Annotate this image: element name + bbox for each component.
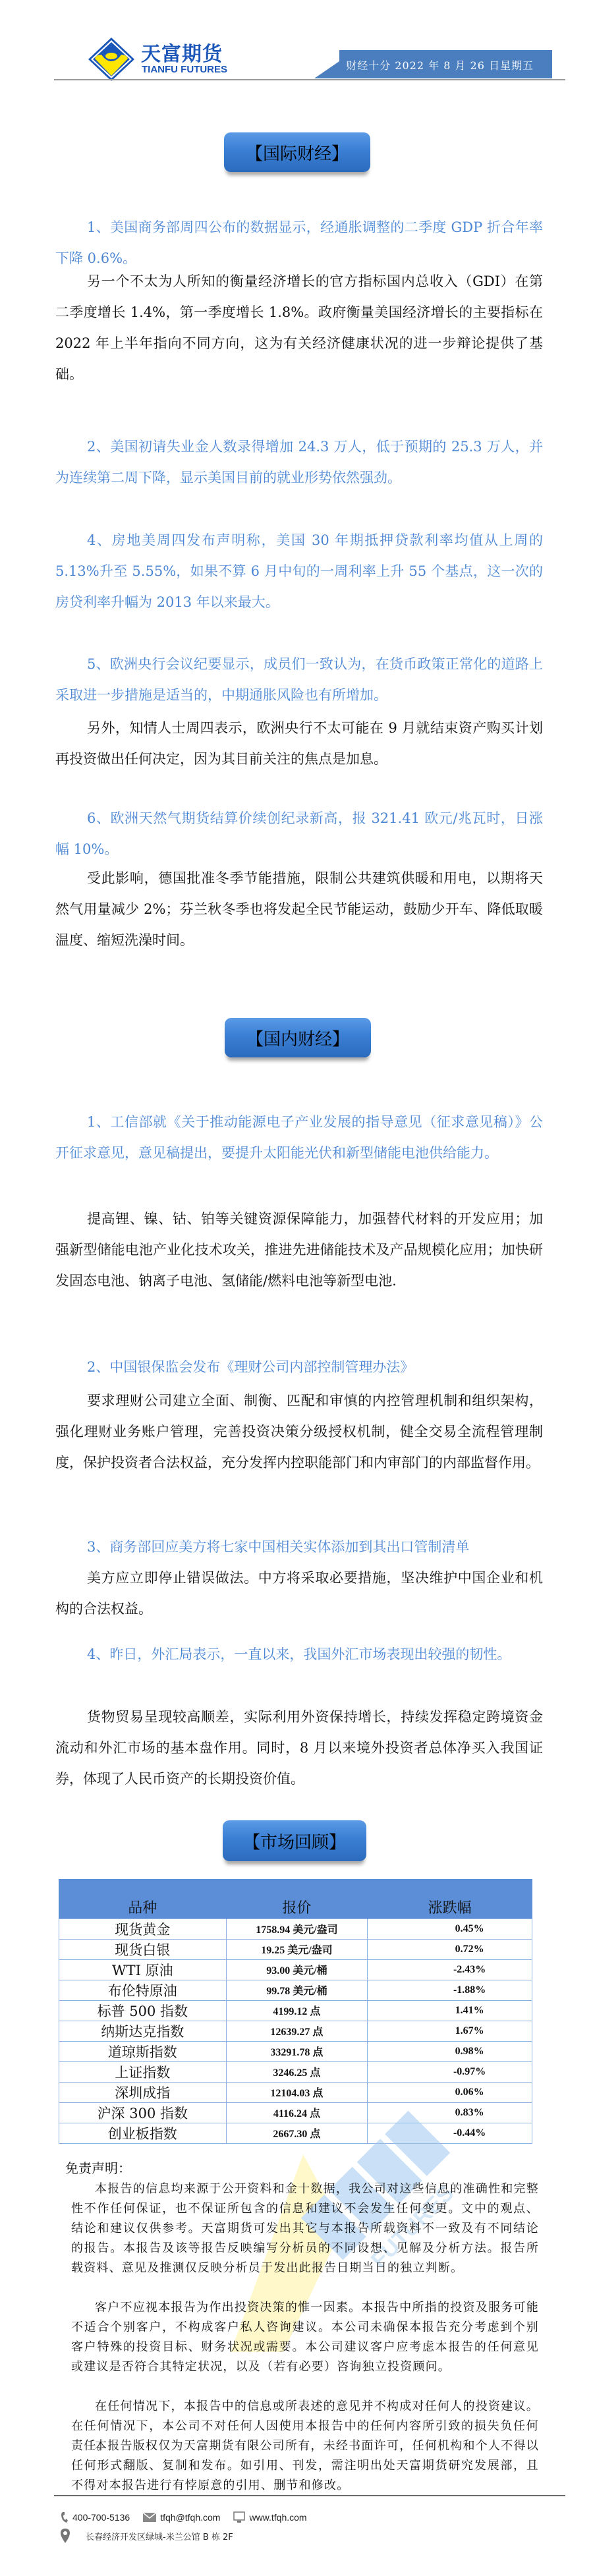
instrument-change: -2.43%: [368, 1959, 532, 1980]
column-header-price: 报价: [226, 1879, 368, 1918]
intl-item-6-headline: 6、欧洲天然气期货结算价续创纪录新高，报 321.41 欧元/兆瓦时，日涨幅 1…: [55, 803, 543, 865]
instrument-name: 现货白银: [59, 1939, 227, 1959]
disclaimer-paragraph: 本报告版权仅为天富期货有限公司所有，未经书面许可，任何机构和个人不得以任何形式翻…: [71, 2436, 539, 2496]
instrument-price: 33291.78 点: [226, 2041, 368, 2061]
table-header-row: 品种 报价 涨跌幅: [59, 1879, 532, 1918]
dom-item-1-body: 提高锂、镍、钴、铂等关键资源保障能力，加强替代材料的开发应用；加强新型储能电池产…: [55, 1204, 543, 1297]
instrument-price: 2667.30 点: [226, 2123, 368, 2143]
header-divider: [54, 79, 565, 80]
column-header-change: 涨跌幅: [368, 1879, 532, 1918]
instrument-price: 19.25 美元/盎司: [226, 1939, 368, 1959]
dom-item-2-body: 要求理财公司建立全面、制衡、匹配和审慎的内控管理机制和组织架构，强化理财业务账户…: [55, 1386, 543, 1478]
footer-divider: [54, 2495, 565, 2496]
intl-item-4-headline: 4、房地美周四发布声明称，美国 30 年期抵押贷款利率均值从上周的 5.13%升…: [55, 525, 543, 618]
instrument-change: 0.06%: [368, 2082, 532, 2102]
instrument-change: 0.83%: [368, 2102, 532, 2123]
contact-phone: 400-700-5136: [61, 2511, 130, 2523]
table-row: 深圳成指12104.03 点0.06%: [59, 2082, 532, 2102]
report-header: 天富期货 TIANFU FUTURES 财经十分 2022 年 8 月 26 日…: [0, 0, 593, 86]
contact-bar: 400-700-5136 tfqh@tfqh.com www.tfqh.com: [61, 2509, 316, 2526]
instrument-change: 0.72%: [368, 1939, 532, 1959]
section-header-domestic: 【国内财经】: [225, 1018, 371, 1057]
instrument-price: 93.00 美元/桶: [226, 1959, 368, 1980]
column-header-instrument: 品种: [59, 1879, 227, 1918]
instrument-name: 上证指数: [59, 2061, 227, 2082]
address-line: 长春经济开发区绿城-米兰公馆 B 栋 2F: [61, 2529, 233, 2543]
table-row: 上证指数3246.25 点-0.97%: [59, 2061, 532, 2082]
instrument-price: 3246.25 点: [226, 2061, 368, 2082]
intl-item-6-body: 受此影响，德国批准冬季节能措施，限制公共建筑供暖和用电，以期将天然气用量减少 2…: [55, 863, 543, 956]
instrument-price: 12104.03 点: [226, 2082, 368, 2102]
website-url: www.tfqh.com: [249, 2512, 306, 2523]
disclaimer-paragraph: 客户不应视本报告为作出投资决策的惟一因素。本报告中所指的投资及服务可能不适合个别…: [71, 2298, 539, 2377]
instrument-price: 99.78 美元/桶: [226, 1980, 368, 2000]
instrument-change: 1.67%: [368, 2021, 532, 2041]
instrument-name: WTI 原油: [59, 1959, 227, 1980]
instrument-price: 4116.24 点: [226, 2102, 368, 2123]
logo-english-name: TIANFU FUTURES: [142, 64, 227, 75]
instrument-price: 12639.27 点: [226, 2021, 368, 2041]
intl-item-5-headline: 5、欧洲央行会议纪要显示，成员们一致认为，在货币政策正常化的道路上采取进一步措施…: [55, 649, 543, 711]
dom-item-3-body: 美方应立即停止错误做法。中方将采取必要措施，坚决维护中国企业和机构的合法权益。: [55, 1563, 543, 1625]
instrument-change: 0.45%: [368, 1918, 532, 1939]
instrument-price: 1758.94 美元/盎司: [226, 1918, 368, 1939]
instrument-change: -1.88%: [368, 1980, 532, 2000]
intl-item-5-body: 另外，知情人士周四表示，欧洲央行不太可能在 9 月就结束资产购买计划再投资做出任…: [55, 713, 543, 775]
market-review-table: 品种 报价 涨跌幅 现货黄金1758.94 美元/盎司0.45% 现货白银19.…: [59, 1879, 532, 2144]
mail-icon: [143, 2512, 156, 2523]
instrument-name: 纳斯达克指数: [59, 2021, 227, 2041]
section-header-international: 【国际财经】: [224, 132, 370, 172]
date-banner: 财经十分 2022 年 8 月 26 日星期五: [314, 50, 552, 78]
instrument-name: 深圳成指: [59, 2082, 227, 2102]
table-row: 现货白银19.25 美元/盎司0.72%: [59, 1939, 532, 1959]
instrument-change: -0.97%: [368, 2061, 532, 2082]
instrument-name: 创业板指数: [59, 2123, 227, 2143]
monitor-icon: [233, 2511, 245, 2523]
company-logo: 天富期货 TIANFU FUTURES: [88, 36, 240, 82]
contact-email: tfqh@tfqh.com: [143, 2512, 220, 2523]
instrument-change: 0.98%: [368, 2041, 532, 2061]
table-row: 沪深 300 指数4116.24 点0.83%: [59, 2102, 532, 2123]
instrument-change: 1.41%: [368, 2000, 532, 2021]
table-row: WTI 原油93.00 美元/桶-2.43%: [59, 1959, 532, 1980]
intl-item-1-headline: 1、美国商务部周四公布的数据显示，经通胀调整的二季度 GDP 折合年率下降 0.…: [55, 212, 543, 274]
intl-item-1-body: 另一个不太为人所知的衡量经济增长的官方指标国内总收入（GDI）在第二季度增长 1…: [55, 266, 543, 390]
table-row: 标普 500 指数4199.12 点1.41%: [59, 2000, 532, 2021]
logo-chinese-name: 天富期货: [141, 38, 223, 67]
email-address: tfqh@tfqh.com: [160, 2512, 220, 2523]
phone-icon: [61, 2511, 69, 2523]
table-row: 现货黄金1758.94 美元/盎司0.45%: [59, 1918, 532, 1939]
dom-item-1-headline: 1、工信部就《关于推动能源电子产业发展的指导意见（征求意见稿）》公开征求意见，意…: [55, 1107, 543, 1169]
intl-item-2-headline: 2、美国初请失业金人数录得增加 24.3 万人，低于预期的 25.3 万人，并为…: [55, 432, 543, 493]
section-header-market-review: 【市场回顾】: [223, 1820, 366, 1861]
contact-website: www.tfqh.com: [233, 2511, 306, 2523]
instrument-change: -0.44%: [368, 2123, 532, 2143]
instrument-name: 布伦特原油: [59, 1980, 227, 2000]
company-address: 长春经济开发区绿城-米兰公馆 B 栋 2F: [86, 2530, 233, 2542]
table-row: 纳斯达克指数12639.27 点1.67%: [59, 2021, 532, 2041]
instrument-price: 4199.12 点: [226, 2000, 368, 2021]
table-row: 布伦特原油99.78 美元/桶-1.88%: [59, 1980, 532, 2000]
dom-item-4-body: 货物贸易呈现较高顺差，实际利用外资保持增长，持续发挥稳定跨境资金流动和外汇市场的…: [55, 1702, 543, 1795]
instrument-name: 道琼斯指数: [59, 2041, 227, 2061]
table-row: 道琼斯指数33291.78 点0.98%: [59, 2041, 532, 2061]
table-row: 创业板指数2667.30 点-0.44%: [59, 2123, 532, 2143]
location-pin-icon: [61, 2529, 70, 2543]
report-date: 财经十分 2022 年 8 月 26 日星期五: [346, 57, 534, 72]
disclaimer-paragraph: 本报告的信息均来源于公开资料和金十数据，我公司对这些信息的准确性和完整性不作任何…: [71, 2179, 539, 2278]
logo-diamond-icon: [88, 38, 134, 81]
instrument-name: 标普 500 指数: [59, 2000, 227, 2021]
dom-item-4-headline: 4、昨日，外汇局表示，一直以来，我国外汇市场表现出较强的韧性。: [55, 1639, 543, 1670]
instrument-name: 沪深 300 指数: [59, 2102, 227, 2123]
phone-number: 400-700-5136: [72, 2512, 130, 2523]
dom-item-3-headline: 3、商务部回应美方将七家中国相关实体添加到其出口管制清单: [55, 1532, 543, 1563]
disclaimer-title: 免责声明：: [65, 2158, 131, 2177]
instrument-name: 现货黄金: [59, 1918, 227, 1939]
dom-item-2-headline: 2、中国银保监会发布《理财公司内部控制管理办法》: [55, 1352, 543, 1383]
